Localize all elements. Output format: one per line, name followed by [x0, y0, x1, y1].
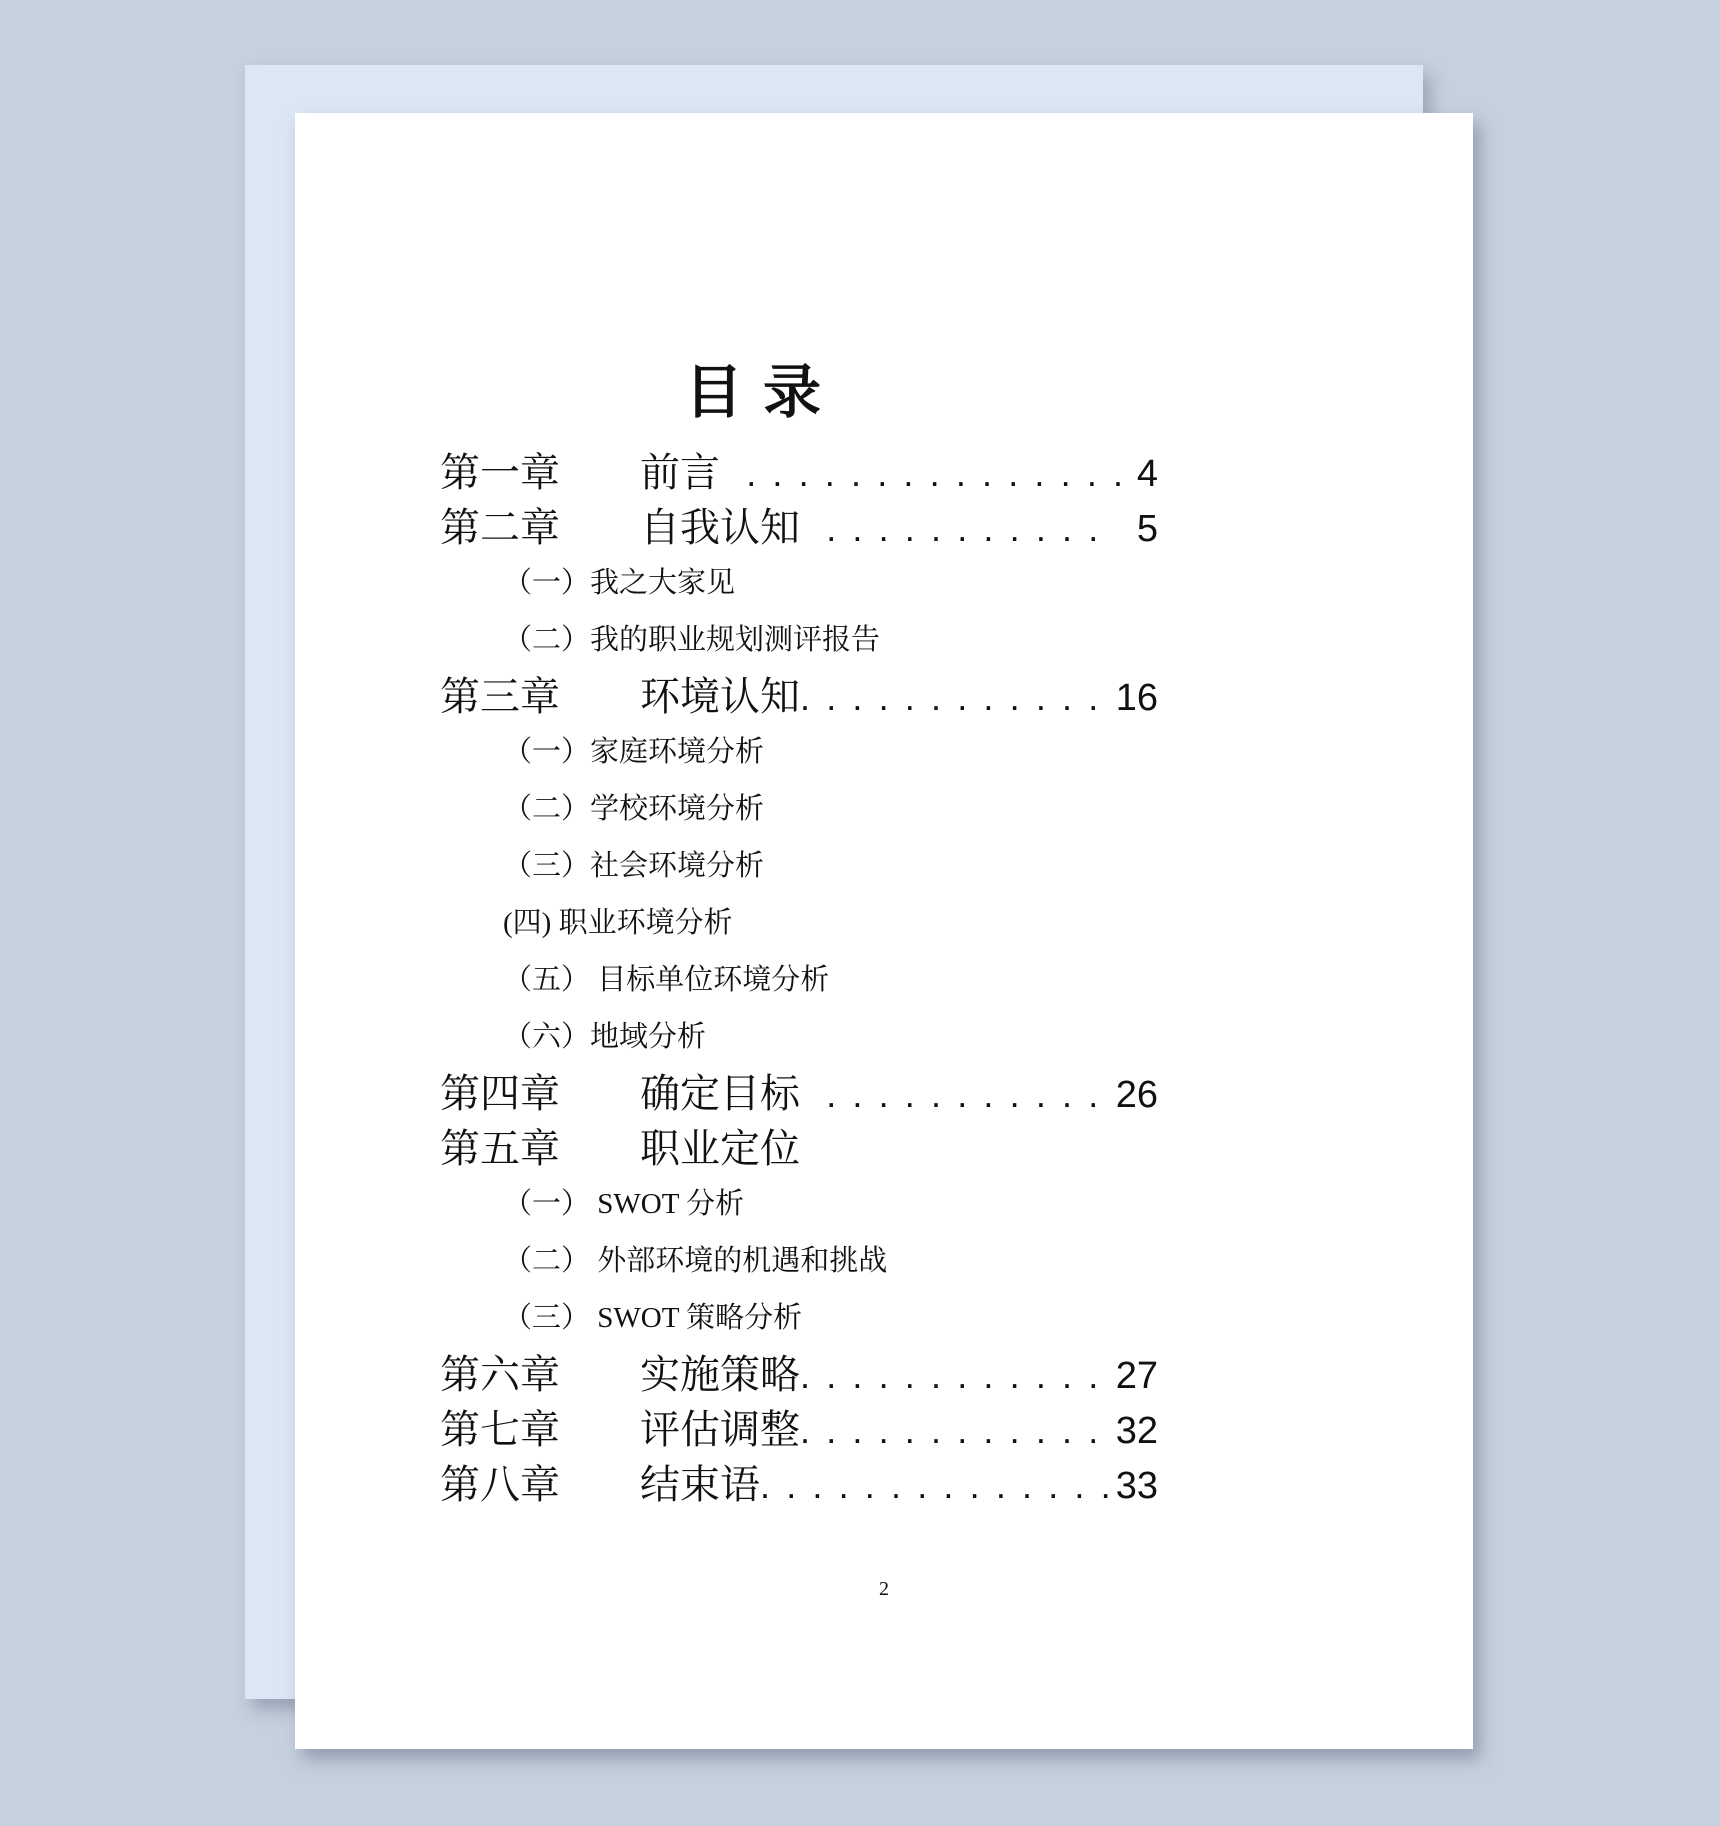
sub-entry-text: （三） SWOT 策略分析 — [503, 1302, 802, 1334]
page-number: 2 — [295, 1578, 1473, 1601]
sub-entry-text: （三）社会环境分析 — [503, 850, 764, 882]
chapter-title: 实施策略 — [640, 1347, 800, 1402]
toc-sub-entry: （五） 目标单位环境分析 — [440, 952, 1158, 1009]
chapter-page-number: 26 — [1116, 1068, 1158, 1123]
toc-sub-entry: （三） SWOT 策略分析 — [440, 1290, 1158, 1347]
chapter-page-number: 27 — [1116, 1349, 1158, 1404]
chapter-title: 评估调整 — [640, 1402, 800, 1457]
sub-entry-text: （一） SWOT 分析 — [503, 1188, 744, 1220]
sub-entry-text: （二） 外部环境的机遇和挑战 — [503, 1245, 887, 1277]
toc-sub-entry: （二）我的职业规划测评报告 — [440, 612, 1158, 669]
chapter-title: 结束语 — [640, 1457, 760, 1512]
chapter-label: 第六章 — [440, 1347, 640, 1402]
sub-entry-text: (四) 职业环境分析 — [503, 907, 733, 939]
toc-chapter-entry: 第八章结束语..............33 — [440, 1457, 1158, 1512]
chapter-label: 第二章 — [440, 500, 640, 555]
toc-sub-entry: （二） 外部环境的机遇和挑战 — [440, 1233, 1158, 1290]
toc-sub-entry: （一）我之大家见 — [440, 555, 1158, 612]
toc-chapter-entry: 第三章环境认知............16 — [440, 669, 1158, 724]
chapter-title: 自我认知 — [640, 500, 800, 555]
toc-list: 第一章前言 ...............4第二章自我认知 ..........… — [440, 445, 1158, 1512]
chapter-label: 第四章 — [440, 1066, 640, 1121]
sub-entry-text: （一）我之大家见 — [503, 567, 735, 599]
toc-chapter-entry: 第一章前言 ...............4 — [440, 445, 1158, 500]
document-page: 目录 第一章前言 ...............4第二章自我认知 .......… — [295, 113, 1473, 1749]
chapter-label: 第八章 — [440, 1457, 640, 1512]
chapter-title: 环境认知 — [640, 669, 800, 724]
dot-leader: ........... — [800, 501, 1137, 556]
toc-sub-entry: (四) 职业环境分析 — [440, 895, 1158, 952]
desktop-canvas: 目录 第一章前言 ...............4第二章自我认知 .......… — [0, 0, 1720, 1826]
dot-leader: ............ — [800, 1348, 1116, 1403]
toc-sub-entry: （六）地域分析 — [440, 1009, 1158, 1066]
toc-sub-entry: （一）家庭环境分析 — [440, 724, 1158, 781]
sub-entry-text: （六）地域分析 — [503, 1021, 706, 1053]
toc-chapter-entry: 第五章职业定位 — [440, 1121, 1158, 1176]
chapter-title: 职业定位 — [640, 1121, 800, 1176]
chapter-label: 第一章 — [440, 445, 640, 500]
chapter-title: 前言 — [640, 445, 720, 500]
toc-sub-entry: （二）学校环境分析 — [440, 781, 1158, 838]
chapter-page-number: 32 — [1116, 1404, 1158, 1459]
toc-chapter-entry: 第六章实施策略............27 — [440, 1347, 1158, 1402]
sub-entry-text: （二）我的职业规划测评报告 — [503, 624, 880, 656]
sub-entry-text: （一）家庭环境分析 — [503, 736, 764, 768]
dot-leader: ........... — [800, 1067, 1116, 1122]
dot-leader: ............ — [800, 1403, 1116, 1458]
chapter-label: 第三章 — [440, 669, 640, 724]
toc-sub-entry: （一） SWOT 分析 — [440, 1176, 1158, 1233]
chapter-page-number: 33 — [1116, 1459, 1158, 1514]
dot-leader: .............. — [760, 1458, 1116, 1513]
toc-chapter-entry: 第二章自我认知 ...........5 — [440, 500, 1158, 555]
chapter-label: 第五章 — [440, 1121, 640, 1176]
sub-entry-text: （二）学校环境分析 — [503, 793, 764, 825]
sub-entry-text: （五） 目标单位环境分析 — [503, 964, 829, 996]
chapter-page-number: 5 — [1137, 502, 1158, 557]
chapter-title: 确定目标 — [640, 1066, 800, 1121]
dot-leader: ............... — [720, 446, 1137, 501]
toc-chapter-entry: 第四章确定目标 ...........26 — [440, 1066, 1158, 1121]
toc-chapter-entry: 第七章评估调整............32 — [440, 1402, 1158, 1457]
chapter-page-number: 4 — [1137, 447, 1158, 502]
chapter-label: 第七章 — [440, 1402, 640, 1457]
toc-title: 目录 — [440, 361, 1086, 425]
chapter-page-number: 16 — [1116, 671, 1158, 726]
toc-sub-entry: （三）社会环境分析 — [440, 838, 1158, 895]
dot-leader: ............ — [800, 670, 1116, 725]
